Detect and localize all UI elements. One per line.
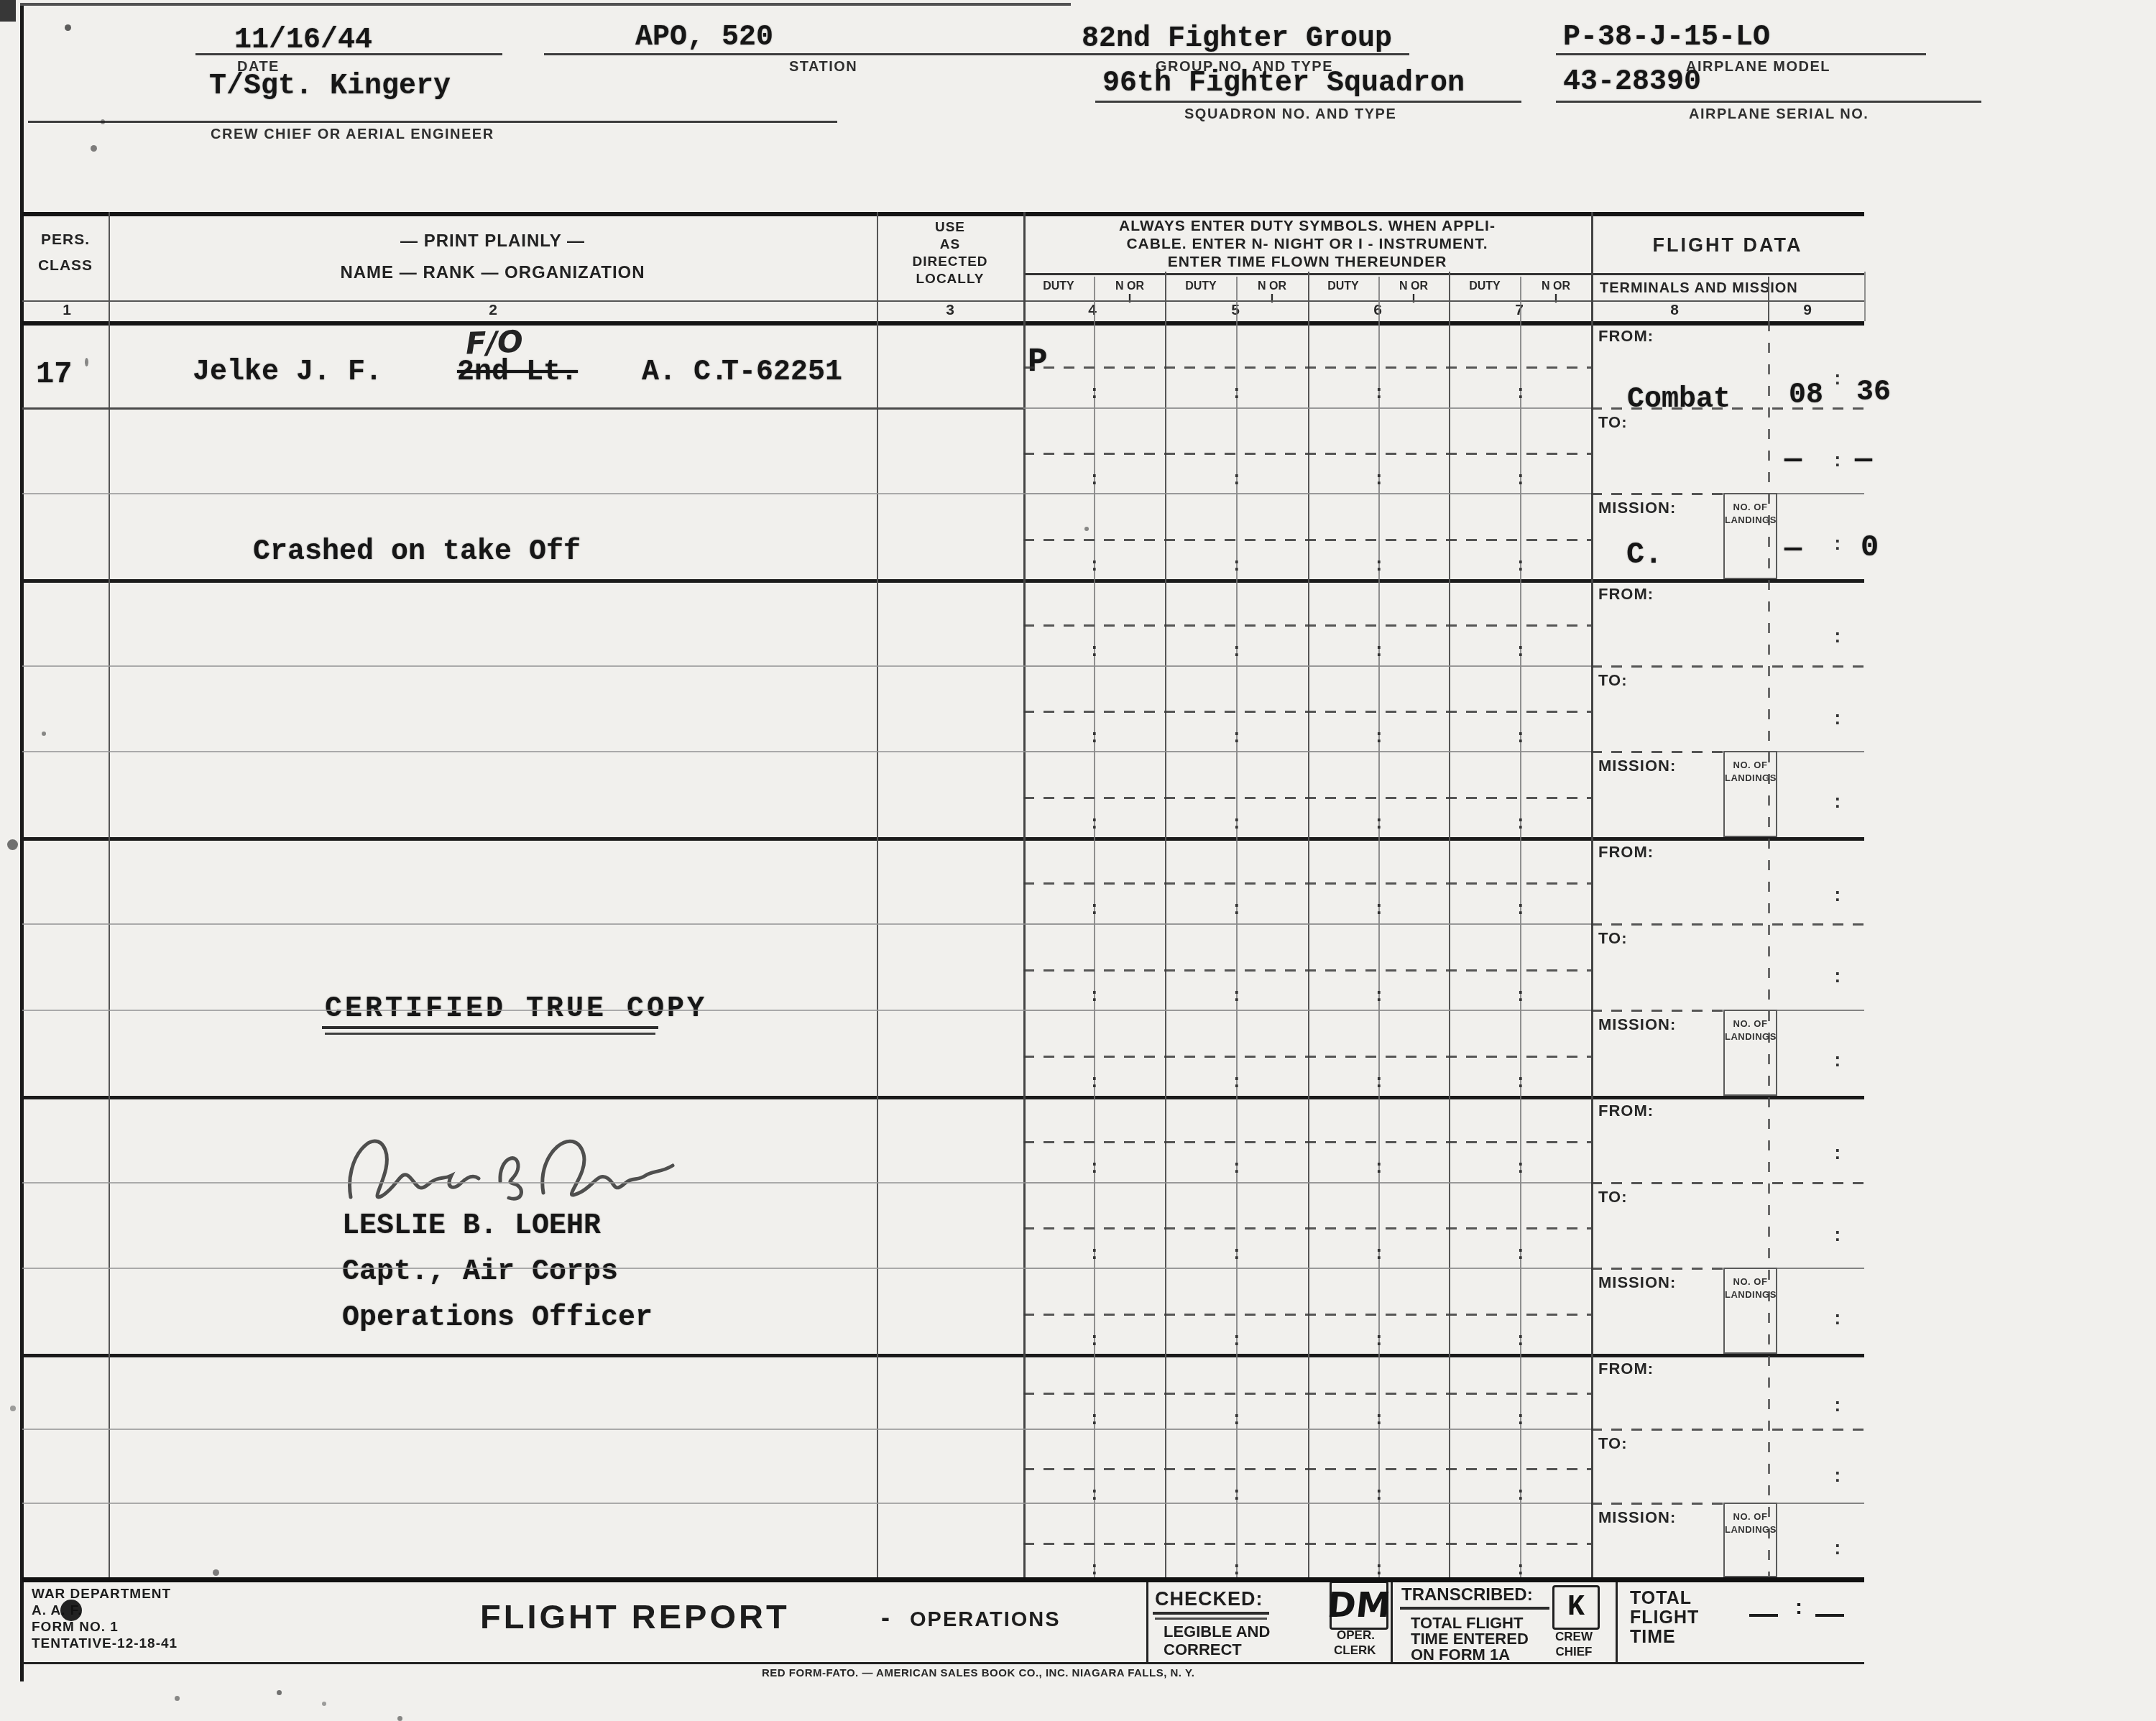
agency-line: WAR DEPARTMENT bbox=[32, 1587, 171, 1602]
grid-line bbox=[1023, 212, 1026, 1577]
duty-colon-mark: : bbox=[1231, 985, 1243, 1007]
scan-corner-mark bbox=[0, 0, 16, 22]
grid-line bbox=[109, 212, 110, 1577]
certified-underline-1 bbox=[322, 1026, 658, 1029]
total-time-sep: : bbox=[1795, 1595, 1802, 1620]
landings-box-line2: LANDINGS bbox=[1725, 772, 1776, 783]
branch-entry: A. C. bbox=[642, 356, 728, 389]
checked-underline-1 bbox=[1153, 1612, 1269, 1615]
duty-colon-mark: : bbox=[1231, 726, 1243, 748]
duty-colon-mark: : bbox=[1089, 985, 1100, 1007]
scan-speck bbox=[85, 358, 88, 366]
duty-colon-mark: : bbox=[1515, 1329, 1526, 1351]
duty-colon-mark: : bbox=[1515, 1484, 1526, 1505]
dashed-rule bbox=[1591, 751, 1723, 753]
dashed-rule bbox=[1591, 1503, 1723, 1505]
duty-colon-mark: : bbox=[1515, 985, 1526, 1007]
landings-box-line1: NO. OF bbox=[1725, 1511, 1776, 1522]
grid-line bbox=[22, 1182, 1023, 1184]
crew-chief-initial-stamp: K bbox=[1552, 1585, 1600, 1630]
grid-line bbox=[1768, 277, 1769, 321]
dashed-rule bbox=[1023, 882, 1591, 885]
pilot-name-entry: Jelke J. F. bbox=[193, 356, 382, 389]
duty-colon-mark: : bbox=[1231, 1408, 1243, 1430]
col3-header-line2: AS bbox=[877, 237, 1023, 253]
grid-line bbox=[22, 751, 1023, 752]
duty-subheader: DUTY bbox=[1327, 280, 1359, 293]
col2-header-line2: NAME — RANK — ORGANIZATION bbox=[109, 263, 877, 283]
scan-speck bbox=[65, 24, 71, 31]
time-colon-mark: : bbox=[1832, 709, 1843, 730]
mission-label: MISSION: bbox=[1598, 757, 1676, 775]
duty-colon-mark: : bbox=[1373, 1408, 1385, 1430]
duty-colon-mark: : bbox=[1373, 382, 1385, 404]
dashed-rule bbox=[1023, 1468, 1591, 1470]
checked-heading: CHECKED: bbox=[1155, 1588, 1263, 1610]
grid-line bbox=[1023, 1503, 1591, 1504]
to-label: TO: bbox=[1598, 671, 1627, 690]
form-title-sep: - bbox=[881, 1602, 890, 1633]
dashed-rule bbox=[1023, 969, 1591, 972]
landings-box-line1: NO. OF bbox=[1725, 502, 1776, 512]
duty-colon-mark: : bbox=[1373, 555, 1385, 576]
scan-speck bbox=[101, 119, 105, 124]
dashed-rule bbox=[1591, 1429, 1864, 1431]
airplane-model-label: AIRPLANE MODEL bbox=[1686, 59, 1830, 75]
date-underline bbox=[195, 53, 502, 55]
dashed-rule bbox=[1023, 1393, 1591, 1395]
duty-colon-mark: : bbox=[1231, 1559, 1243, 1580]
total-time-minutes: — bbox=[1815, 1598, 1844, 1630]
crew-chief-role-line1: CREW bbox=[1551, 1630, 1597, 1644]
time-colon-mark: : bbox=[1832, 369, 1843, 390]
duty-colon-mark: : bbox=[1373, 1243, 1385, 1265]
grid-line bbox=[1023, 1268, 1591, 1269]
total-time-hours: — bbox=[1749, 1598, 1778, 1630]
crew-chief-value: T/Sgt. Kingery bbox=[209, 70, 451, 103]
duty-subheader: DUTY bbox=[1185, 280, 1217, 293]
duty-colon-mark: : bbox=[1089, 382, 1100, 404]
from-terminal-entry: Combat bbox=[1627, 384, 1731, 416]
duty-symbol-entry: P bbox=[1028, 343, 1048, 381]
total-time-line3: TIME bbox=[1630, 1627, 1676, 1648]
airplane-serial-label: AIRPLANE SERIAL NO. bbox=[1689, 106, 1869, 123]
column-number-1: 1 bbox=[51, 302, 83, 319]
grid-line bbox=[1023, 665, 1591, 667]
group-value: 82nd Fighter Group bbox=[1082, 23, 1392, 55]
time-colon-mark: : bbox=[1832, 792, 1843, 813]
station-underline bbox=[544, 53, 1102, 55]
col3-header-line4: LOCALLY bbox=[877, 272, 1023, 287]
duty-colon-mark: : bbox=[1231, 1329, 1243, 1351]
to-minutes-entry: — bbox=[1855, 444, 1872, 476]
grid-line bbox=[22, 300, 1864, 302]
landings-box-line2: LANDINGS bbox=[1725, 515, 1776, 525]
scan-speck bbox=[213, 1569, 219, 1576]
duty-colon-mark: : bbox=[1373, 813, 1385, 834]
landings-box: NO. OF LANDINGS bbox=[1723, 751, 1777, 837]
flight-report-document: 11/16/44 DATE APO, 520 STATION 82nd Figh… bbox=[0, 0, 2156, 1721]
column-number-2: 2 bbox=[477, 302, 509, 319]
grid-line bbox=[22, 1354, 1864, 1357]
certified-underline-2 bbox=[325, 1033, 655, 1035]
duty-colon-mark: : bbox=[1089, 1243, 1100, 1265]
scan-speck bbox=[1084, 527, 1089, 531]
to-label: TO: bbox=[1598, 413, 1627, 432]
duty-colon-mark: : bbox=[1373, 985, 1385, 1007]
scan-speck bbox=[42, 732, 46, 736]
duty-colon-mark: : bbox=[1089, 1157, 1100, 1178]
col3-header-line1: USE bbox=[877, 220, 1023, 236]
duty-colon-mark: : bbox=[1515, 813, 1526, 834]
total-time-line2: FLIGHT bbox=[1630, 1607, 1699, 1628]
scan-speck bbox=[277, 1690, 282, 1695]
scan-speck bbox=[322, 1702, 326, 1706]
airplane-serial-underline bbox=[1556, 101, 1981, 103]
rank-correction-entry: F/O bbox=[465, 324, 523, 361]
dashed-rule bbox=[1023, 1141, 1591, 1143]
time-colon-mark: : bbox=[1832, 1225, 1843, 1247]
grid-line bbox=[22, 1096, 1864, 1099]
grid-line bbox=[1023, 273, 1864, 275]
checked-underline-2 bbox=[1155, 1618, 1267, 1620]
grid-line bbox=[22, 321, 1864, 326]
date-value: 11/16/44 bbox=[234, 24, 372, 57]
scan-speck bbox=[7, 839, 18, 850]
pilot-serial-entry: T-62251 bbox=[722, 356, 842, 389]
duty-instructions-line3: ENTER TIME FLOWN THEREUNDER bbox=[1023, 254, 1591, 271]
grid-line bbox=[1023, 923, 1591, 925]
dashed-rule bbox=[1023, 453, 1591, 455]
dashed-rule bbox=[1023, 366, 1591, 369]
duty-colon-mark: : bbox=[1089, 813, 1100, 834]
column-number-6: 6 bbox=[1362, 302, 1393, 319]
clerk-initials: DM bbox=[1325, 1585, 1392, 1625]
grid-line bbox=[1023, 493, 1591, 494]
time-colon-mark: : bbox=[1832, 1466, 1843, 1487]
duty-colon-mark: : bbox=[1373, 469, 1385, 490]
printer-imprint: RED FORM-FATO. — AMERICAN SALES BOOK CO.… bbox=[762, 1667, 1194, 1679]
station-value: APO, 520 bbox=[635, 22, 773, 54]
duty-colon-mark: : bbox=[1515, 1559, 1526, 1580]
airplane-model-underline bbox=[1556, 53, 1926, 55]
checked-line1: LEGIBLE AND bbox=[1164, 1623, 1270, 1641]
duty-colon-mark: : bbox=[1231, 640, 1243, 662]
crew-chief-role-line2: CHIEF bbox=[1549, 1645, 1598, 1659]
landings-box-line1: NO. OF bbox=[1725, 760, 1776, 770]
dashed-rule bbox=[1591, 923, 1864, 926]
dashed-rule bbox=[1591, 407, 1864, 410]
nori-subheader: N OR I bbox=[1540, 280, 1572, 306]
signed-title: Operations Officer bbox=[342, 1302, 653, 1334]
column-number-3: 3 bbox=[934, 302, 966, 319]
dashed-rule bbox=[1591, 1010, 1723, 1012]
flight-data-header: FLIGHT DATA bbox=[1591, 234, 1864, 257]
grid-line bbox=[22, 212, 1864, 216]
scan-speck bbox=[397, 1716, 402, 1721]
dashed-rule bbox=[1023, 1314, 1591, 1316]
clerk-role-line1: OPER. bbox=[1337, 1628, 1375, 1643]
grid-line bbox=[1591, 212, 1593, 1577]
signed-name: LESLIE B. LOEHR bbox=[342, 1210, 601, 1242]
grid-line bbox=[877, 212, 878, 1577]
duty-colon-mark: : bbox=[1089, 1484, 1100, 1505]
from-label: FROM: bbox=[1598, 585, 1654, 604]
grid-line bbox=[1023, 1429, 1591, 1430]
duty-colon-mark: : bbox=[1515, 1243, 1526, 1265]
from-label: FROM: bbox=[1598, 1102, 1654, 1120]
grid-line bbox=[22, 493, 1023, 494]
duty-colon-mark: : bbox=[1373, 1157, 1385, 1178]
duty-colon-mark: : bbox=[1373, 1484, 1385, 1505]
mission-label: MISSION: bbox=[1598, 1273, 1676, 1292]
to-label: TO: bbox=[1598, 1434, 1627, 1453]
checked-line2: CORRECT bbox=[1164, 1641, 1242, 1659]
agency-line: FORM NO. 1 bbox=[32, 1620, 119, 1635]
remark-entry: Crashed on take Off bbox=[253, 536, 581, 568]
dashed-rule bbox=[1023, 1227, 1591, 1229]
grid-line bbox=[22, 1429, 1023, 1430]
nori-subheader: N OR I bbox=[1398, 280, 1429, 306]
duty-colon-mark: : bbox=[1231, 555, 1243, 576]
scan-speck bbox=[91, 145, 97, 152]
dashed-rule bbox=[1591, 493, 1723, 495]
col1-header-line2: CLASS bbox=[24, 257, 107, 274]
col1-header-line1: PERS. bbox=[24, 231, 107, 249]
rank-struck-entry: 2nd Lt. bbox=[457, 356, 578, 389]
time-colon-mark: : bbox=[1832, 1538, 1843, 1560]
column-number-4: 4 bbox=[1077, 302, 1108, 319]
duty-instructions-line1: ALWAYS ENTER DUTY SYMBOLS. WHEN APPLI- bbox=[1023, 218, 1591, 235]
signed-rank: Capt., Air Corps bbox=[342, 1256, 618, 1288]
duty-subheader: DUTY bbox=[1469, 280, 1501, 293]
squadron-underline bbox=[1095, 101, 1521, 103]
grid-line bbox=[22, 923, 1023, 925]
time-colon-mark: : bbox=[1832, 1309, 1843, 1330]
duty-colon-mark: : bbox=[1231, 1071, 1243, 1093]
mission-label: MISSION: bbox=[1598, 1015, 1676, 1034]
from-minutes-entry: 36 bbox=[1856, 377, 1891, 409]
duty-colon-mark: : bbox=[1373, 726, 1385, 748]
to-label: TO: bbox=[1598, 929, 1627, 948]
duty-colon-mark: : bbox=[1515, 898, 1526, 920]
clerk-role-line2: CLERK bbox=[1334, 1643, 1376, 1658]
footer-divider bbox=[1616, 1581, 1618, 1662]
duty-colon-mark: : bbox=[1231, 1157, 1243, 1178]
duty-colon-mark: : bbox=[1089, 1329, 1100, 1351]
landings-box: NO. OF LANDINGS bbox=[1723, 1268, 1777, 1354]
mission-landings-entry: 0 bbox=[1861, 530, 1879, 565]
duty-colon-mark: : bbox=[1089, 726, 1100, 748]
crew-chief-initial: K bbox=[1567, 1592, 1585, 1624]
time-colon-mark: : bbox=[1832, 534, 1843, 555]
time-colon-mark: : bbox=[1832, 1051, 1843, 1072]
duty-colon-mark: : bbox=[1231, 813, 1243, 834]
duty-colon-mark: : bbox=[1373, 1329, 1385, 1351]
dashed-rule bbox=[1023, 797, 1591, 799]
nori-subheader: N OR I bbox=[1256, 280, 1288, 306]
dashed-rule bbox=[1023, 711, 1591, 713]
airplane-serial-value: 43-28390 bbox=[1563, 66, 1701, 98]
duty-colon-mark: : bbox=[1515, 382, 1526, 404]
duty-colon-mark: : bbox=[1373, 640, 1385, 662]
grid-line bbox=[22, 579, 1864, 583]
dashed-rule bbox=[1591, 1268, 1723, 1270]
duty-colon-mark: : bbox=[1089, 469, 1100, 490]
duty-colon-mark: : bbox=[1515, 726, 1526, 748]
grid-line bbox=[22, 837, 1864, 841]
pers-class-entry: 17 bbox=[36, 357, 72, 392]
column-number-7: 7 bbox=[1503, 302, 1535, 319]
landings-box: NO. OF LANDINGS bbox=[1723, 1503, 1777, 1577]
landings-box-line2: LANDINGS bbox=[1725, 1031, 1776, 1042]
group-underline bbox=[1061, 53, 1409, 55]
duty-colon-mark: : bbox=[1373, 898, 1385, 920]
col3-header-line3: DIRECTED bbox=[877, 254, 1023, 270]
mission-hours-entry: — bbox=[1784, 533, 1802, 566]
duty-colon-mark: : bbox=[1515, 1157, 1526, 1178]
duty-colon-mark: : bbox=[1231, 469, 1243, 490]
squadron-value: 96th Fighter Squadron bbox=[1102, 68, 1465, 100]
landings-box-line1: NO. OF bbox=[1725, 1276, 1776, 1287]
grid-line bbox=[22, 1662, 1864, 1664]
duty-colon-mark: : bbox=[1089, 555, 1100, 576]
mission-label: MISSION: bbox=[1598, 499, 1676, 517]
column-number-8: 8 bbox=[1659, 302, 1690, 319]
grid-line bbox=[1023, 751, 1591, 752]
duty-colon-mark: : bbox=[1373, 1071, 1385, 1093]
time-colon-mark: : bbox=[1832, 966, 1843, 988]
duty-colon-mark: : bbox=[1231, 898, 1243, 920]
footer-divider bbox=[1391, 1581, 1393, 1662]
landings-box: NO. OF LANDINGS bbox=[1723, 493, 1777, 579]
ink-blot bbox=[60, 1600, 82, 1621]
station-label: STATION bbox=[789, 59, 857, 75]
landings-box-line2: LANDINGS bbox=[1725, 1524, 1776, 1535]
crew-chief-underline bbox=[28, 121, 837, 123]
col2-header-line1: — PRINT PLAINLY — bbox=[109, 231, 877, 252]
dashed-rule bbox=[1591, 665, 1864, 668]
landings-box: NO. OF LANDINGS bbox=[1723, 1010, 1777, 1096]
from-label: FROM: bbox=[1598, 327, 1654, 346]
footer-divider bbox=[1146, 1581, 1148, 1662]
time-colon-mark: : bbox=[1832, 627, 1843, 648]
duty-colon-mark: : bbox=[1089, 1071, 1100, 1093]
duty-colon-mark: : bbox=[1231, 1243, 1243, 1265]
dashed-rule bbox=[1023, 1056, 1591, 1058]
agency-line: TENTATIVE-12-18-41 bbox=[32, 1636, 178, 1652]
duty-subheader: DUTY bbox=[1043, 280, 1074, 293]
duty-instructions-line2: CABLE. ENTER N- NIGHT OR I - INSTRUMENT. bbox=[1023, 236, 1591, 253]
squadron-label: SQUADRON NO. AND TYPE bbox=[1184, 106, 1396, 123]
column-number-5: 5 bbox=[1220, 302, 1251, 319]
time-colon-mark: : bbox=[1832, 1143, 1843, 1165]
landings-box-line2: LANDINGS bbox=[1725, 1289, 1776, 1300]
crew-chief-label: CREW CHIEF OR AERIAL ENGINEER bbox=[211, 126, 494, 143]
scan-edge-top bbox=[20, 3, 1071, 6]
time-colon-mark: : bbox=[1832, 885, 1843, 907]
duty-colon-mark: : bbox=[1373, 1559, 1385, 1580]
nori-subheader: N OR I bbox=[1114, 280, 1146, 306]
airplane-model-value: P-38-J-15-LO bbox=[1563, 22, 1770, 54]
grid-line bbox=[1023, 407, 1591, 409]
duty-colon-mark: : bbox=[1089, 640, 1100, 662]
grid-line bbox=[22, 1577, 1864, 1582]
form-subtitle: OPERATIONS bbox=[910, 1608, 1061, 1632]
mission-code-entry: C. bbox=[1626, 537, 1662, 572]
grid-line bbox=[22, 1268, 1023, 1269]
scan-speck bbox=[175, 1696, 180, 1701]
to-label: TO: bbox=[1598, 1188, 1627, 1206]
duty-colon-mark: : bbox=[1515, 640, 1526, 662]
duty-colon-mark: : bbox=[1515, 1071, 1526, 1093]
dashed-rule bbox=[1023, 539, 1591, 541]
transcribed-heading: TRANSCRIBED: bbox=[1401, 1585, 1533, 1605]
dashed-rule bbox=[1591, 1182, 1864, 1184]
total-time-line1: TOTAL bbox=[1630, 1588, 1692, 1609]
duty-colon-mark: : bbox=[1089, 1559, 1100, 1580]
duty-colon-mark: : bbox=[1089, 898, 1100, 920]
duty-colon-mark: : bbox=[1231, 382, 1243, 404]
column-number-9: 9 bbox=[1792, 302, 1823, 319]
grid-line bbox=[22, 1503, 1023, 1504]
duty-colon-mark: : bbox=[1089, 1408, 1100, 1430]
mission-label: MISSION: bbox=[1598, 1508, 1676, 1527]
landings-box-line1: NO. OF bbox=[1725, 1018, 1776, 1029]
grid-line bbox=[1023, 1010, 1591, 1011]
scan-speck bbox=[10, 1406, 16, 1411]
dashed-rule bbox=[1023, 1543, 1591, 1545]
form-title: FLIGHT REPORT bbox=[480, 1597, 790, 1636]
duty-colon-mark: : bbox=[1515, 1408, 1526, 1430]
duty-colon-mark: : bbox=[1515, 469, 1526, 490]
from-label: FROM: bbox=[1598, 843, 1654, 862]
from-label: FROM: bbox=[1598, 1360, 1654, 1378]
to-hours-entry: — bbox=[1784, 444, 1802, 476]
duty-colon-mark: : bbox=[1515, 555, 1526, 576]
clerk-initials-stamp: DM bbox=[1330, 1581, 1388, 1630]
dashed-rule bbox=[1023, 624, 1591, 627]
grid-line bbox=[22, 1010, 1023, 1011]
time-colon-mark: : bbox=[1832, 1395, 1843, 1417]
grid-line bbox=[22, 407, 1023, 410]
transcribed-underline bbox=[1400, 1607, 1549, 1610]
time-colon-mark: : bbox=[1832, 451, 1843, 472]
grid-line bbox=[1864, 272, 1866, 321]
grid-line bbox=[22, 665, 1023, 667]
duty-colon-mark: : bbox=[1231, 1484, 1243, 1505]
grid-line bbox=[1023, 1182, 1591, 1184]
